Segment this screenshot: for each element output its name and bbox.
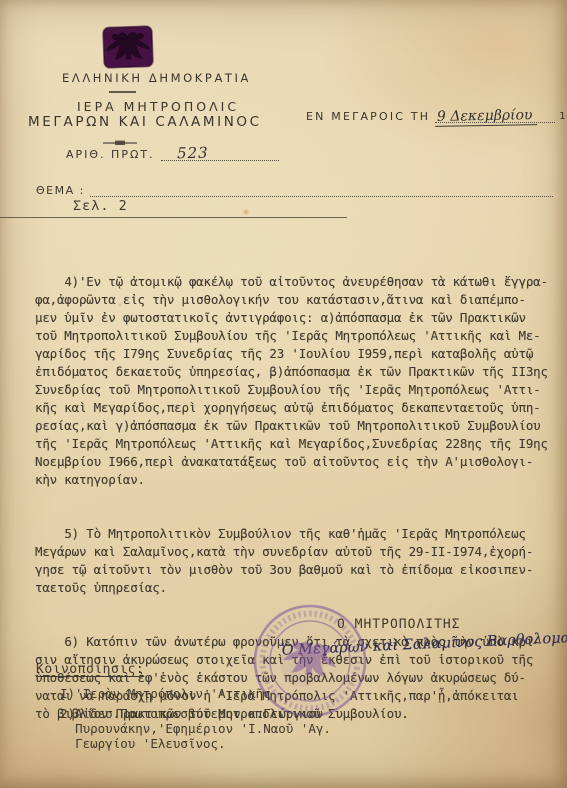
cc-item-2: 2)Αἰδεσ.Πρωτοπρεσβύτερον κ.Γεώργιον Πυρο… [60,706,350,752]
metropolitan-title: Ο ΜΗΤΡΟΠΟΛΙΤΗΣ [337,617,461,632]
national-emblem-stamp [101,25,154,69]
page-number: Σελ. 2 [73,198,128,214]
header-divider-1 [109,91,136,93]
document-page: ΕΛΛΗΝΙΚΗ ΔΗΜΟΚΡΑΤΙΑ ΙΕΡΑ ΜΗΤΡΟΠΟΛΙC ΜΕΓΑ… [0,0,567,788]
protocol-number-row: ΑΡΙΘ. ΠΡΩΤ. 523 [66,145,279,161]
subject-dotted-line [90,183,553,197]
subject-label: ΘΕΜΑ : [36,184,85,197]
body-paragraph-5: 5) Τὸ Μητροπολιτικὸν Συμβούλιον τῆς καθ'… [35,525,565,597]
metropolis-title-line2: ΜΕΓΑΡΩΝ ΚΑΙ CΑΛΑΜΙΝΟC [28,114,262,130]
date-row: ΕΝ ΜΕΓΑΡΟΙC ΤΗ 9 Δεκεμβρίου 197 4 [306,106,567,123]
date-handwritten: 9 Δεκεμβρίου [435,107,537,127]
republic-title: ΕΛΛΗΝΙΚΗ ΔΗΜΟΚΡΑΤΙΑ [62,71,251,85]
cc-label: Κοινοποίησις: [36,662,144,677]
letter-body: 4)'Εν τῷ ἀτομικῷ φακέλῳ τοῦ αἰτοῦντος ἀν… [35,237,565,759]
protocol-number: 523 [176,144,208,163]
cc-item-1: Ι)'Ιερὰν Μητρόπολιν 'Αττικῆς [60,686,271,701]
body-paragraph-4: 4)'Εν τῷ ἀτομικῷ φακέλῳ τοῦ αἰτοῦντος ἀν… [35,273,565,489]
page-number-rule [0,217,347,218]
protocol-dotted-line: 523 [161,145,279,161]
date-label: ΕΝ ΜΕΓΑΡΟΙC ΤΗ [306,110,430,123]
date-dotted-line: 9 Δεκεμβρίου [435,107,555,123]
double-headed-eagle-icon [101,25,154,69]
protocol-label: ΑΡΙΘ. ΠΡΩΤ. [66,148,155,161]
subject-row: ΘΕΜΑ : [36,183,553,197]
metropolis-title-line1: ΙΕΡΑ ΜΗΤΡΟΠΟΛΙC [77,99,239,114]
year-printed: 197 [555,111,567,123]
